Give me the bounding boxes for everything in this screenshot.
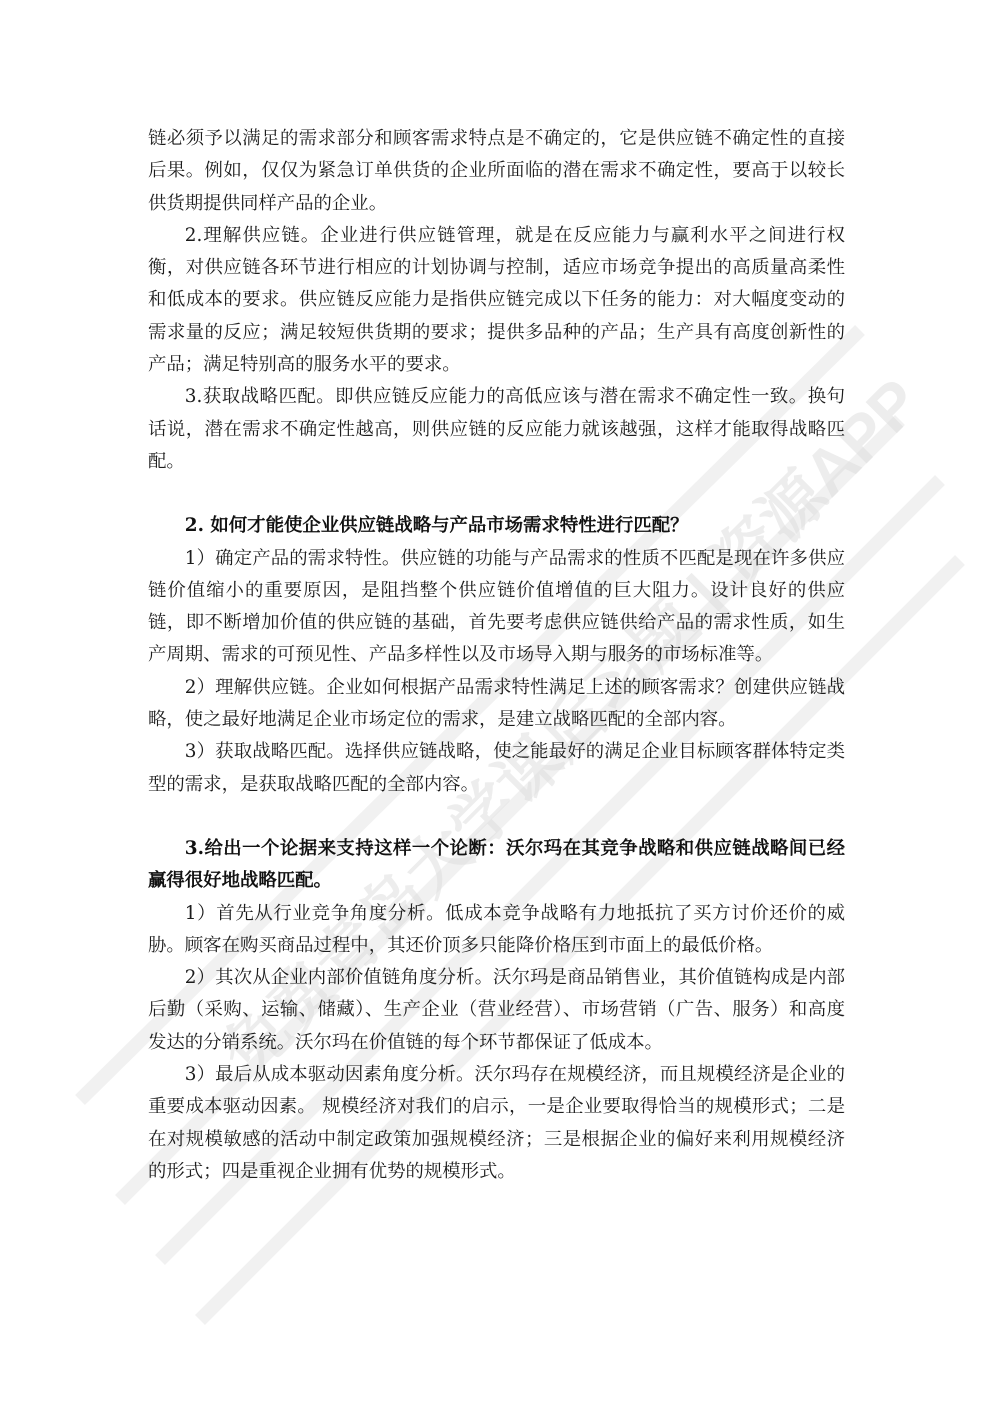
q3-answer-1: 1）首先从行业竞争角度分析。低成本竞争战略有力地抵抗了买方讨价还价的威胁。顾客在…	[148, 898, 845, 963]
question-3-heading: 3.给出一个论据来支持这样一个论断：沃尔玛在其竞争战略和供应链战略间已经赢得很好…	[148, 833, 845, 898]
paragraph-strategic-fit: 3.获取战略匹配。即供应链反应能力的高低应该与潜在需求不确定性一致。换句话说，潜…	[148, 381, 845, 478]
paragraph-continuation: 链必须予以满足的需求部分和顾客需求特点是不确定的，它是供应链不确定性的直接后果。…	[148, 123, 845, 220]
q3-answer-3: 3）最后从成本驱动因素角度分析。沃尔玛存在规模经济，而且规模经济是企业的重要成本…	[148, 1059, 845, 1188]
paragraph-understand-supply-chain: 2.理解供应链。企业进行供应链管理，就是在反应能力与赢利水平之间进行权衡，对供应…	[148, 220, 845, 381]
spacer	[148, 478, 845, 510]
q2-answer-3: 3）获取战略匹配。选择供应链战略，使之能最好的满足企业目标顾客群体特定类型的需求…	[148, 736, 845, 801]
question-2-heading: 2. 如何才能使企业供应链战略与产品市场需求特性进行匹配？	[148, 510, 845, 542]
spacer	[148, 801, 845, 833]
q3-answer-2: 2）其次从企业内部价值链角度分析。沃尔玛是商品销售业，其价值链构成是内部后勤（采…	[148, 962, 845, 1059]
q2-answer-1: 1）确定产品的需求特性。供应链的功能与产品需求的性质不匹配是现在许多供应链价值缩…	[148, 543, 845, 672]
q2-answer-2: 2）理解供应链。企业如何根据产品需求特性满足上述的顾客需求？创建供应链战略，使之…	[148, 672, 845, 737]
document-page: 链必须予以满足的需求部分和顾客需求特点是不确定的，它是供应链不确定性的直接后果。…	[148, 123, 845, 1188]
